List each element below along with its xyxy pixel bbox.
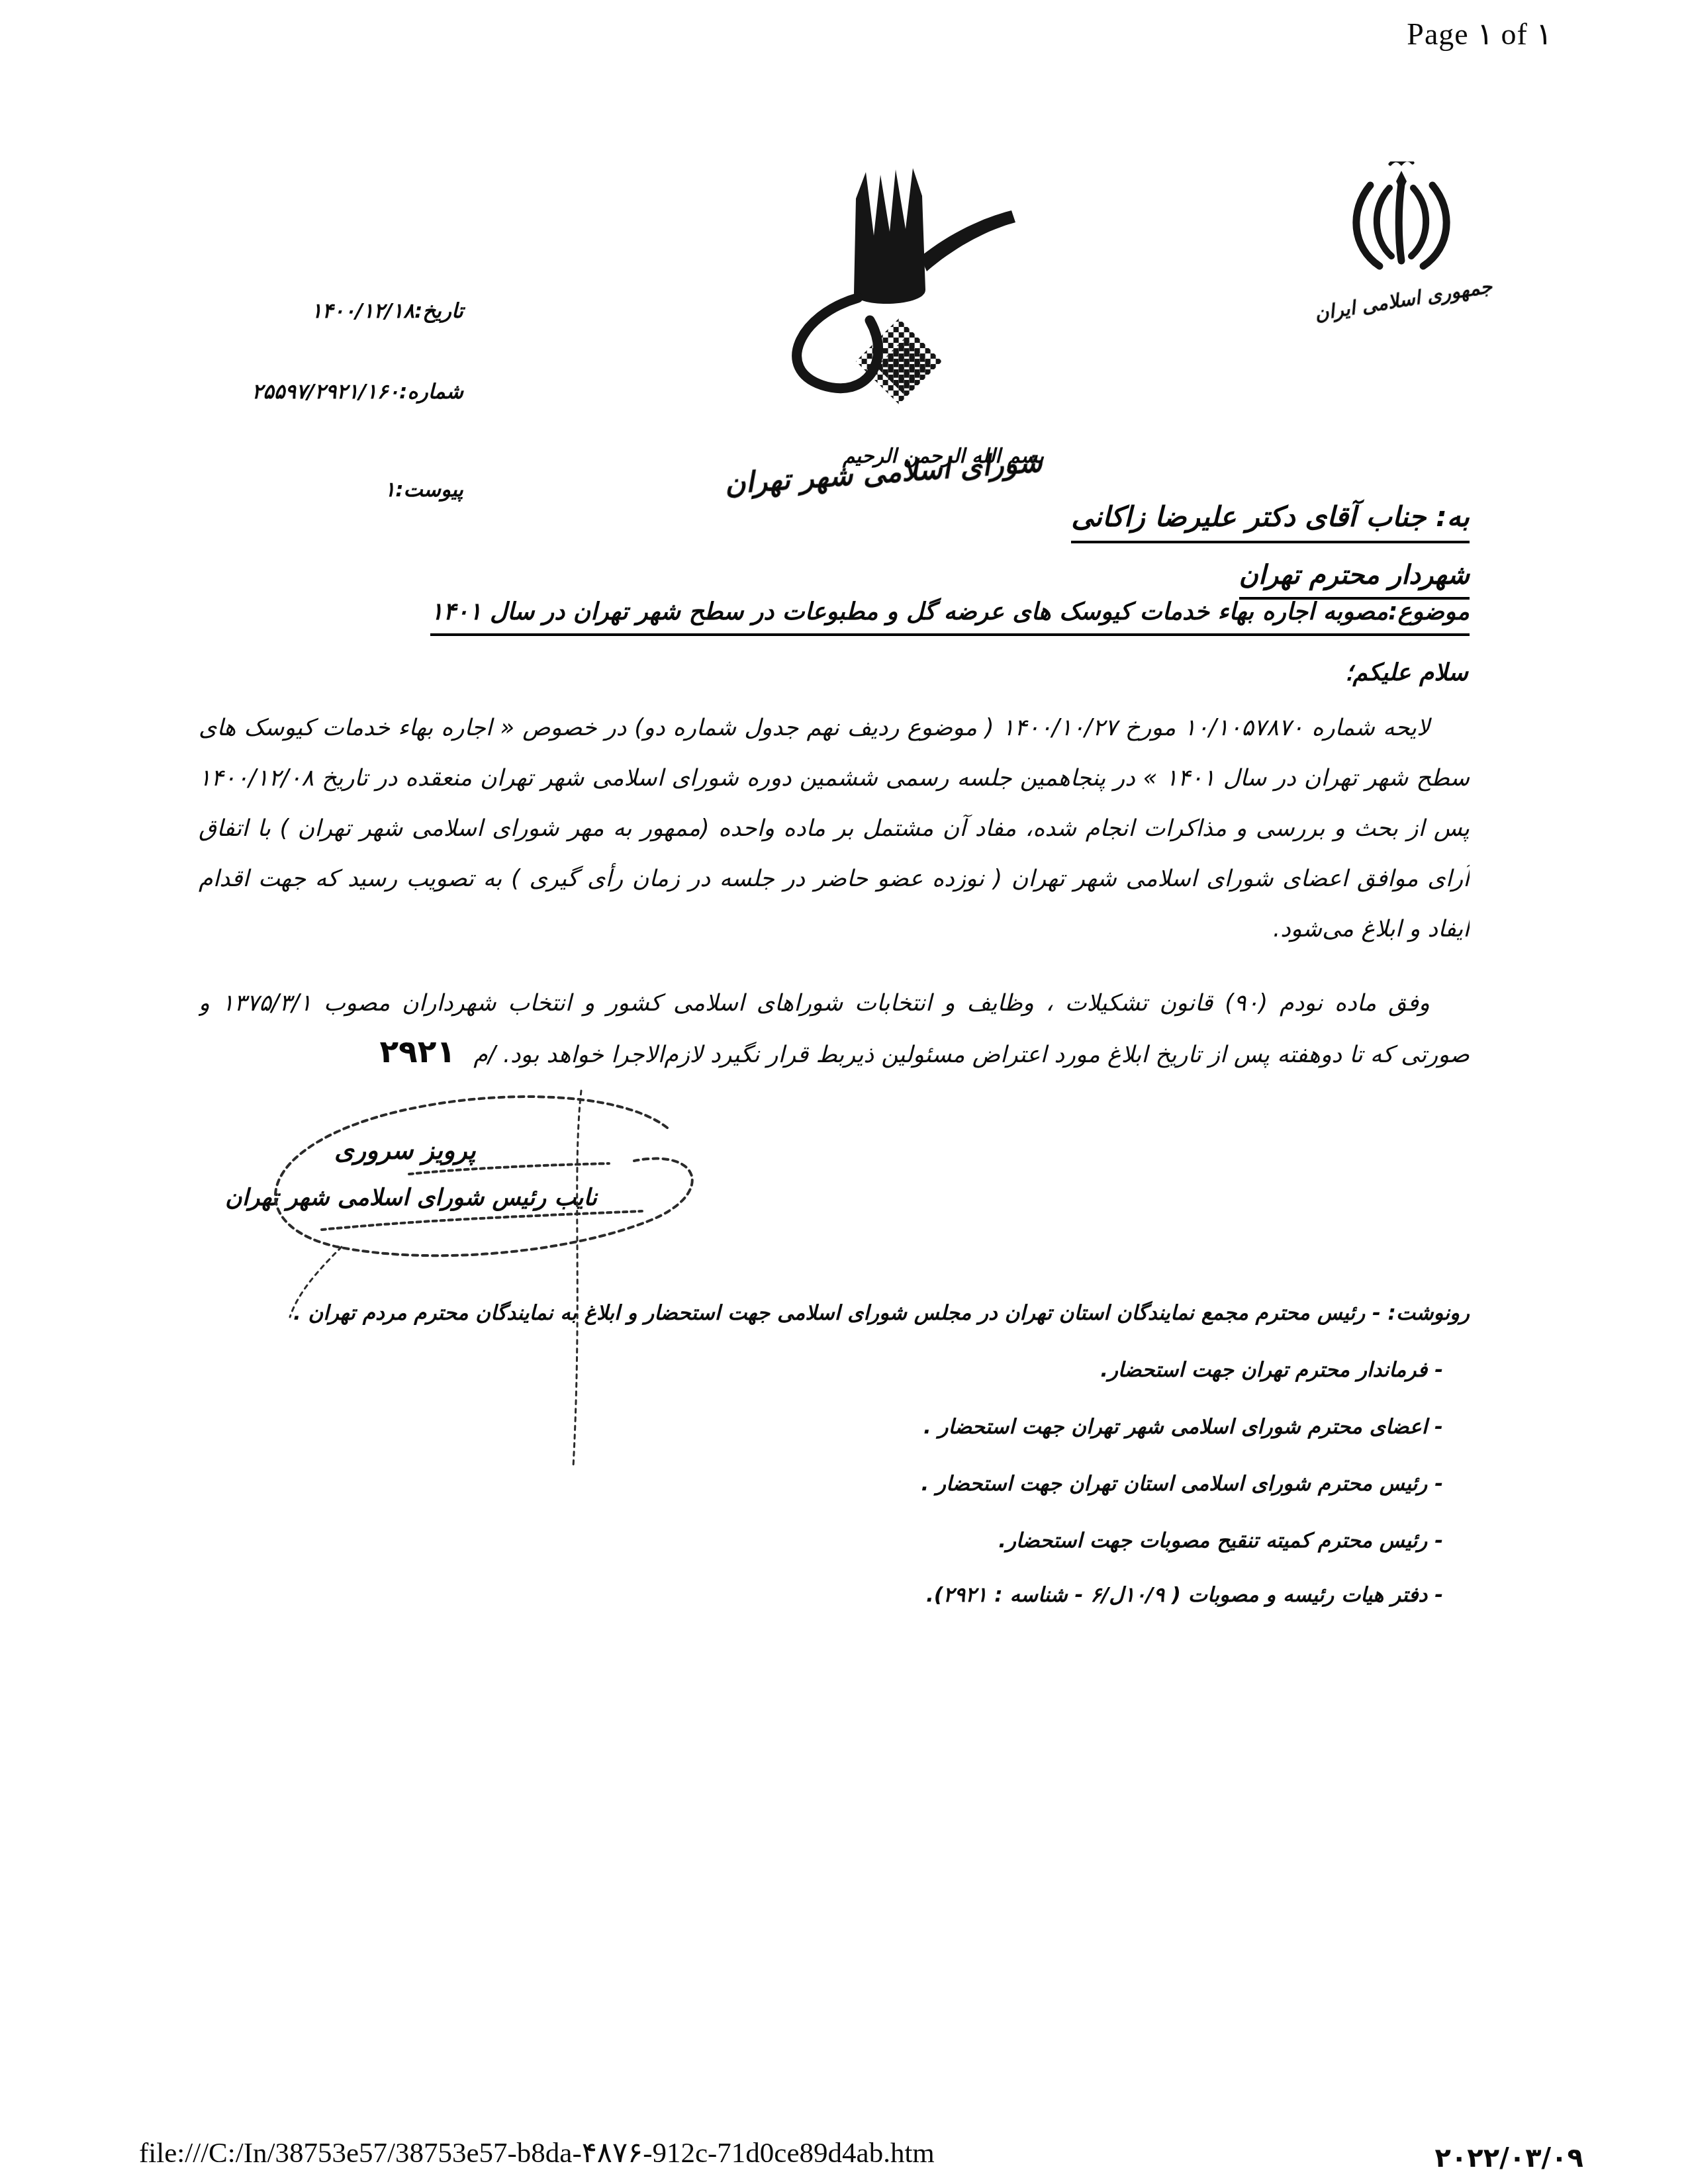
signature-scrawl-icon (211, 1054, 753, 1480)
footer-date: ۲۰۲۲/۰۳/۰۹ (1434, 2143, 1583, 2173)
iran-emblem-icon (1332, 161, 1471, 279)
subject-line: موضوع:مصوبه اجاره بهاء خدمات کیوسک های ع… (430, 598, 1470, 636)
bismillah-line: بسم الله الرحمن الرحیم (827, 445, 1059, 468)
body-paragraph1-line2: سطح شهر تهران در سال ۱۴۰۱ » در پنجاهمین … (199, 753, 1470, 803)
page-number: Page ۱ of ۱ (1407, 16, 1552, 52)
council-logo-icon (755, 158, 1026, 422)
footer-file-url: file:///C:/In/38753e57/38753e57-b8da-۴۸۷… (139, 2136, 935, 2169)
body-paragraph1-line1: لایحه شماره ۱۰/۱۰۵۷۸۷۰ مورخ ۱۴۰۰/۱۰/۲۷ (… (199, 703, 1470, 753)
scanned-letter-page: Page ۱ of ۱ تاریخ:۱۴۰۰/۱۲/۱۸ شماره:۲۵۵۹۷… (0, 0, 1688, 2184)
cc-item-3: - اعضای محترم شورای اسلامی شهر تهران جهت… (923, 1415, 1443, 1439)
body-paragraph1-line4: آرای موافق اعضای شورای اسلامی شهر تهران … (199, 854, 1470, 904)
letterhead-date: تاریخ:۱۴۰۰/۱۲/۱۸ (311, 299, 463, 323)
body-paragraph1-line5: ایفاد و ابلاغ می‌شود. (199, 904, 1470, 954)
recipient-to-line: به: جناب آقای دکتر علیرضا زاکانی (1071, 500, 1470, 543)
cc-item-1: رونوشت: - رئیس محترم مجمع نمایندگان استا… (293, 1301, 1470, 1325)
cc-item-6: - دفتر هیات رئیسه و مصوبات ( ۱۰/۹ل/۶ - ش… (926, 1583, 1443, 1607)
letterhead-number: شماره:۲۵۵۹۷/۲۹۲۱/۱۶۰ (252, 380, 463, 404)
cc-item-5: - رئیس محترم کمیته تنقیح مصوبات جهت استح… (998, 1529, 1443, 1553)
cc-item-4: - رئیس محترم شورای اسلامی استان تهران جه… (921, 1472, 1443, 1496)
body-paragraph1-line3: پس از بحث و بررسی و مذاکرات انجام شده، م… (199, 803, 1470, 854)
salutation: سلام علیکم؛ (1345, 659, 1468, 686)
recipient-title-line: شهردار محترم تهران (1239, 560, 1470, 600)
body-paragraph2-line1: وفق ماده نودم (۹۰) قانون تشکیلات ، وظایف… (199, 978, 1470, 1028)
cc-item-2: - فرماندار محترم تهران جهت استحضار. (1100, 1358, 1443, 1382)
letterhead-attachment: پیوست:۱ (385, 478, 463, 502)
iran-emblem-caption: جمهوری اسلامی ایران (1300, 273, 1507, 327)
